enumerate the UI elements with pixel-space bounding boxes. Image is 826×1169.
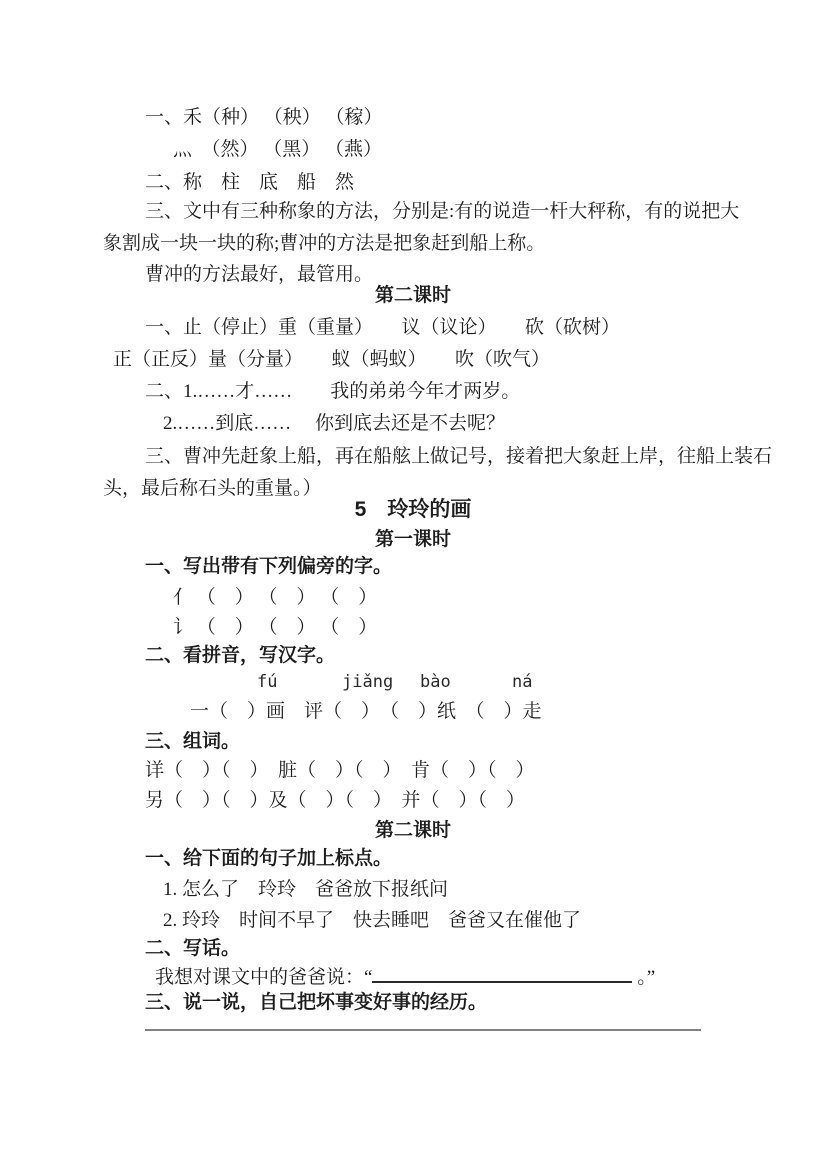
l5s1-q2-hanzi-row: 一（ ）画 评（ ） （ ）纸 （ ）走 xyxy=(190,699,542,725)
l4-q3-paragraph-line2: 象割成一块一块的称;曹冲的方法是把象赶到船上称。 xyxy=(103,231,545,257)
l4s2-q1-answers-row1: 一、止（停止）重（重量） 议（议论） 砍（砍树） xyxy=(145,315,620,341)
answer-writing-line xyxy=(145,1029,701,1031)
l5s1-q3-words-row1: 详（ ）（ ） 脏（ ）（ ） 肯（ ）（ ） xyxy=(145,758,535,784)
l5-session1-heading: 第一课时 xyxy=(0,527,826,553)
l4s2-q3-paragraph-line1: 三、曹冲先赶象上船，再在船舷上做记号，接着把大象赶上岸，往船上装石 xyxy=(145,444,772,470)
l5s1-q2-pinyin-row: fú jiǎng bào ná xyxy=(0,672,826,698)
l5s2-q2-heading: 二、写话。 xyxy=(145,936,240,962)
l4-q2-answer-row: 二、称 柱 底 船 然 xyxy=(145,170,354,196)
l5s2-q1-sentence-2: 2. 玲玲 时间不早了 快去睡吧 爸爸又在催他了 xyxy=(163,908,581,934)
l5s1-q1-radical-ren-row: 亻 （ ） （ ） （ ） xyxy=(173,585,377,611)
l4s2-q2-sentence-2: 2.……到底…… 你到底去还是不去呢？ xyxy=(163,411,505,437)
pinyin-bao: bào xyxy=(420,672,451,692)
l4s2-q2-sentence-1: 二、1.……才…… 我的弟弟今年才两岁。 xyxy=(145,379,520,405)
l5-session2-heading: 第二课时 xyxy=(0,818,826,844)
l5s1-q3-heading: 三、组词。 xyxy=(145,729,240,755)
write-end-punctuation: 。” xyxy=(632,967,655,988)
l5s1-q2-heading: 二、看拼音，写汉字。 xyxy=(145,643,335,669)
worksheet-page: 一、禾（种） （秧） （稼） 灬 （然） （黑） （燕） 二、称 柱 底 船 然… xyxy=(0,0,826,1169)
pinyin-jiang: jiǎng xyxy=(342,672,393,692)
lesson5-title: 5 玲玲的画 xyxy=(0,497,826,523)
l5s1-q1-heading: 一、写出带有下列偏旁的字。 xyxy=(145,554,392,580)
l5s1-q3-words-row2: 另（ ）（ ）及（ ）（ ） 并（ ）（ ） xyxy=(145,788,525,814)
l5s2-q1-heading: 一、给下面的句子加上标点。 xyxy=(145,846,392,872)
l5s1-q1-radical-yan-row: 讠 （ ） （ ） （ ） xyxy=(173,615,377,641)
l5s2-q3-heading: 三、说一说，自己把坏事变好事的经历。 xyxy=(145,990,487,1016)
l5s2-q2-write-sentence: 我想对课文中的爸爸说：“ 。” xyxy=(155,962,655,991)
l4-session2-heading: 第二课时 xyxy=(0,283,826,309)
pinyin-na: ná xyxy=(512,672,532,692)
l4s2-q1-answers-row2: 正（正反）量（分量） 蚁（蚂蚁） 吹（吹气） xyxy=(113,347,550,373)
l4-q1-radical-he-row: 一、禾（种） （秧） （稼） xyxy=(145,105,383,131)
l5s2-q1-sentence-1: 1. 怎么了 玲玲 爸爸放下报纸问 xyxy=(163,877,448,903)
pinyin-fu: fú xyxy=(257,672,277,692)
write-blank-underline xyxy=(372,962,632,983)
l4-q3-paragraph-line1: 三、文中有三种称象的方法，分别是:有的说造一杆大秤称，有的说把大 xyxy=(145,199,739,225)
write-prompt: 我想对课文中的爸爸说：“ xyxy=(155,967,372,988)
l4-q1-radical-huo-row: 灬 （然） （黑） （燕） xyxy=(173,137,382,163)
